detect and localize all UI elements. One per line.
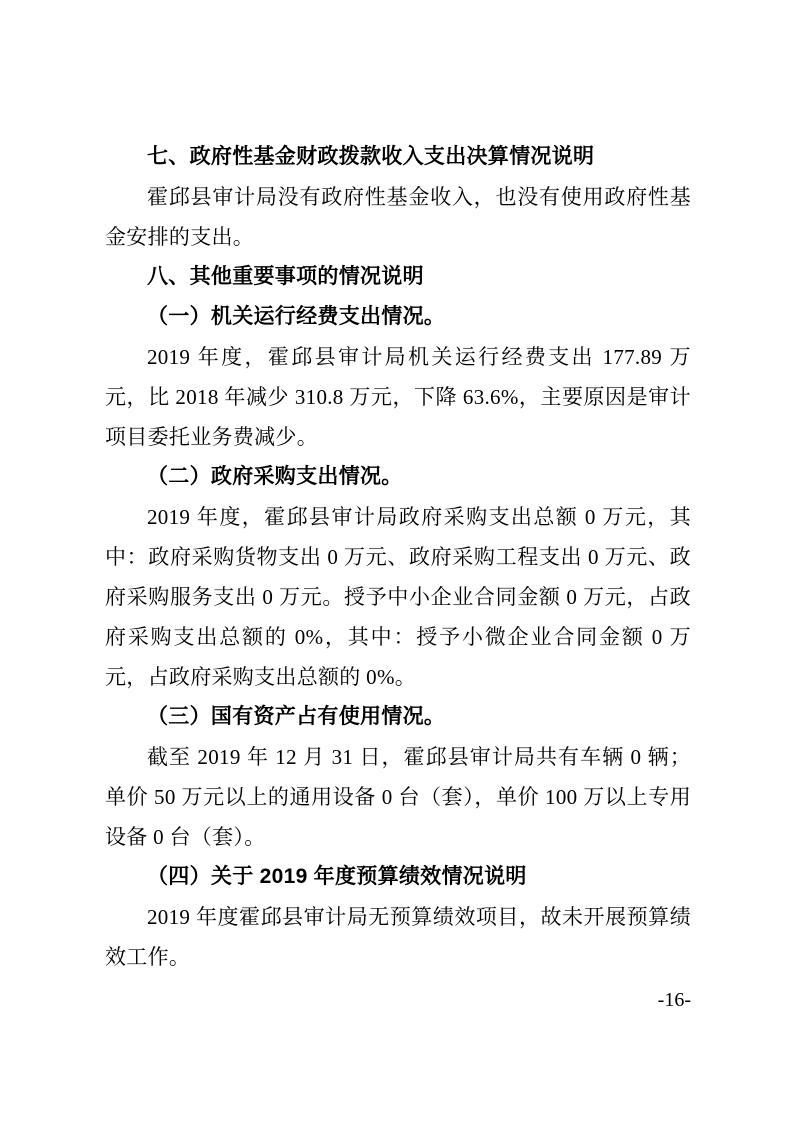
section-heading-8: 八、其他重要事项的情况说明 bbox=[105, 257, 691, 297]
document-page: 七、政府性基金财政拨款收入支出决算情况说明 霍邱县审计局没有政府性基金收入，也没… bbox=[0, 0, 793, 1122]
paragraph-procurement: 2019 年度，霍邱县审计局政府采购支出总额 0 万元，其中：政府采购货物支出 … bbox=[105, 497, 691, 697]
paragraph-operating-costs: 2019 年度，霍邱县审计局机关运行经费支出 177.89 万元，比 2018 … bbox=[105, 337, 691, 457]
paragraph-budget-performance: 2019 年度霍邱县审计局无预算绩效项目，故未开展预算绩效工作。 bbox=[105, 897, 691, 977]
paragraph-gov-fund: 霍邱县审计局没有政府性基金收入，也没有使用政府性基金安排的支出。 bbox=[105, 177, 691, 257]
subheading-budget-performance: （四）关于 2019 年度预算绩效情况说明 bbox=[105, 857, 691, 897]
page-number: -16- bbox=[105, 985, 691, 1015]
subheading-operating-costs: （一）机关运行经费支出情况。 bbox=[105, 297, 691, 337]
subheading-state-assets: （三）国有资产占有使用情况。 bbox=[105, 697, 691, 737]
paragraph-state-assets: 截至 2019 年 12 月 31 日，霍邱县审计局共有车辆 0 辆；单价 50… bbox=[105, 737, 691, 857]
document-body: 七、政府性基金财政拨款收入支出决算情况说明 霍邱县审计局没有政府性基金收入，也没… bbox=[105, 137, 691, 977]
subheading-procurement: （二）政府采购支出情况。 bbox=[105, 457, 691, 497]
section-heading-7: 七、政府性基金财政拨款收入支出决算情况说明 bbox=[105, 137, 691, 177]
